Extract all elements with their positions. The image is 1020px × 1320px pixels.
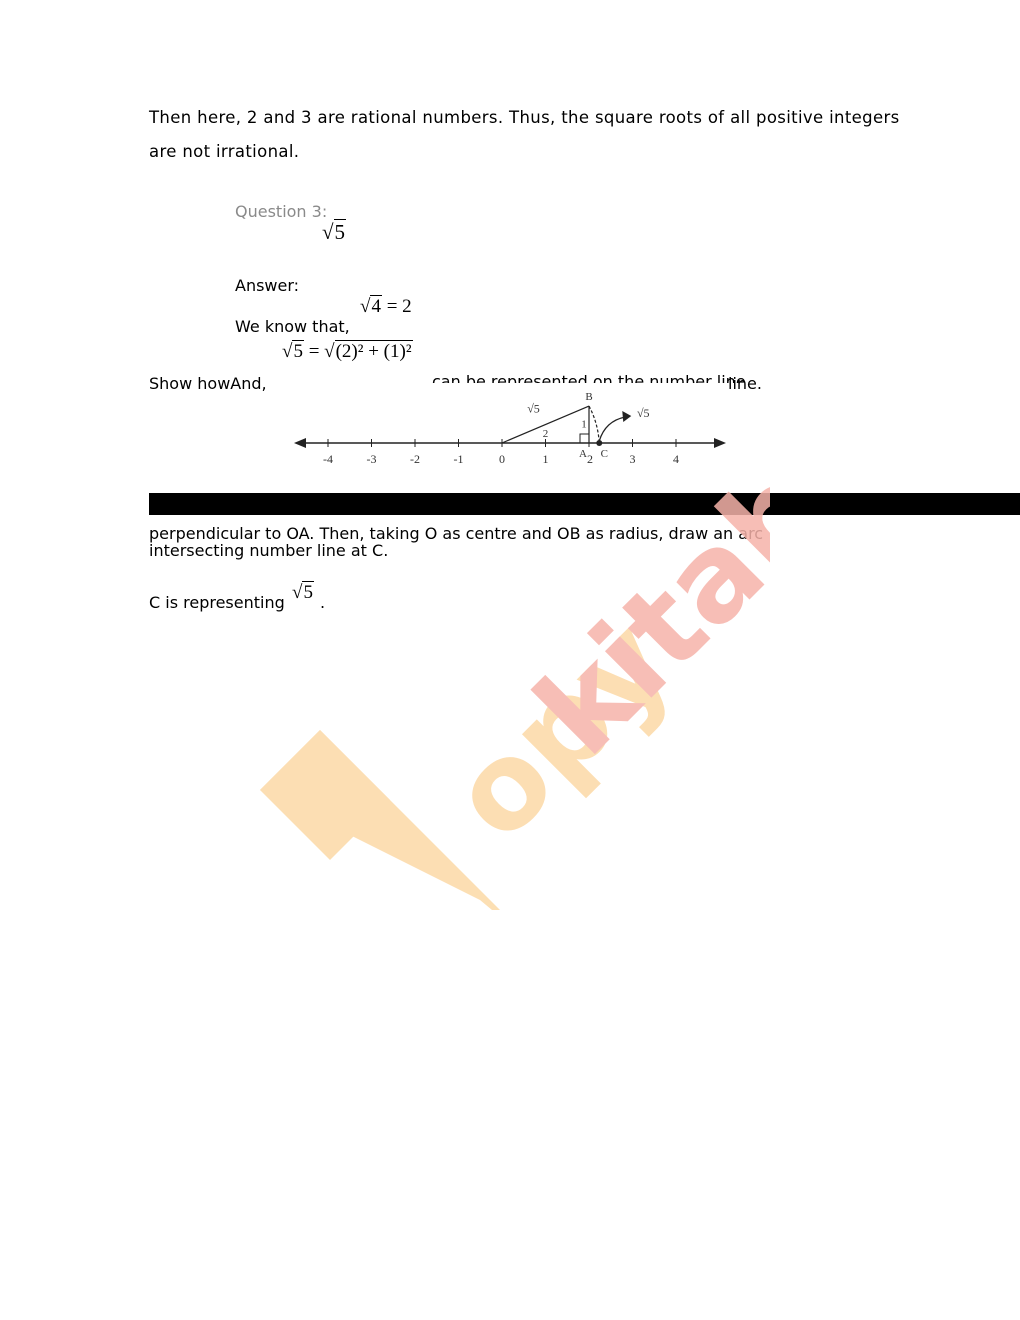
conclusion-text: C is representing	[149, 593, 285, 612]
conclusion-period: .	[320, 593, 325, 612]
number-line-diagram: -4-3-2-101234BAC21√5√5	[290, 385, 730, 475]
conclusion-expression: √5	[292, 582, 314, 604]
svg-text:4: 4	[673, 452, 679, 466]
svg-text:-2: -2	[410, 452, 420, 466]
equation-sqrt4: √4 = 2	[360, 296, 412, 318]
svg-text:opy: opy	[425, 594, 698, 867]
svg-text:C: C	[601, 448, 608, 460]
svg-text:√5: √5	[637, 406, 650, 420]
svg-text:√5: √5	[527, 402, 540, 416]
svg-text:-4: -4	[323, 452, 333, 466]
svg-text:3: 3	[630, 452, 636, 466]
question-label: Question 3:	[235, 202, 327, 221]
svg-text:-1: -1	[454, 452, 464, 466]
construction-line-2: intersecting number line at C.	[149, 541, 388, 560]
svg-text:0: 0	[499, 452, 505, 466]
svg-text:1: 1	[543, 452, 549, 466]
prompt-suffix-clipped: can be represented on the number line.	[432, 372, 751, 383]
svg-text:2: 2	[543, 428, 549, 440]
paragraph-line-2: are not irrational.	[149, 142, 299, 161]
svg-text:2: 2	[587, 452, 593, 466]
svg-text:-3: -3	[367, 452, 377, 466]
question-expression: √5	[322, 220, 346, 245]
prompt-suffix-end: line.	[728, 374, 762, 393]
svg-text:B: B	[585, 391, 592, 403]
paragraph-line-1: Then here, 2 and 3 are rational numbers.…	[149, 108, 900, 127]
prompt-prefix: Show howAnd,	[149, 374, 267, 393]
redacted-bar	[149, 493, 1020, 515]
equation-sqrt5: √5 = √(2)² + (1)²	[282, 341, 413, 363]
we-know-that-text: We know that,	[235, 317, 350, 336]
svg-text:A: A	[579, 448, 587, 460]
svg-text:1: 1	[581, 419, 587, 431]
answer-label: Answer:	[235, 276, 299, 295]
sqrt-symbol: √5	[322, 220, 346, 245]
